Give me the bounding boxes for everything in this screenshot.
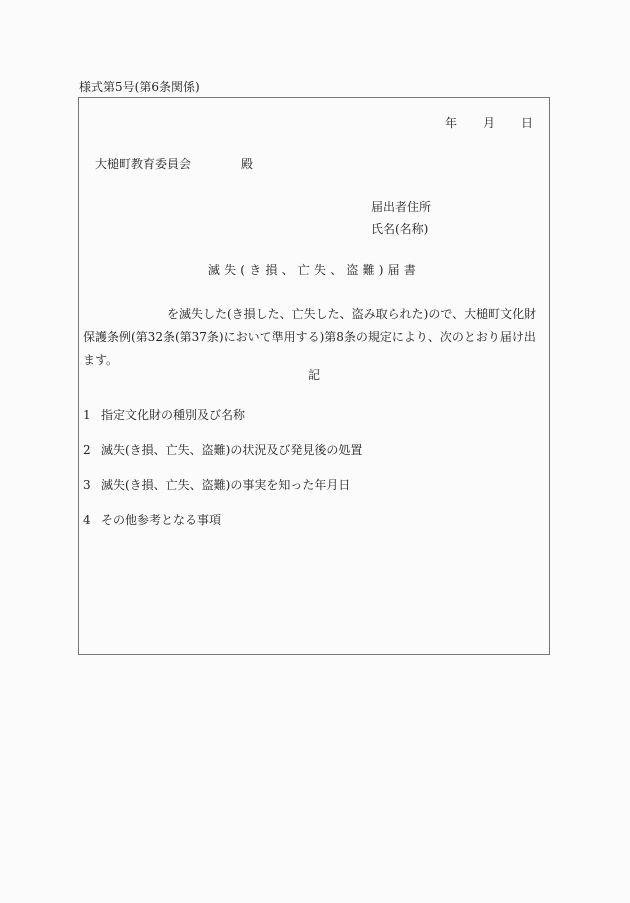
list-item: 1 指定文化財の種別及び名称 bbox=[83, 408, 362, 443]
form-frame: 年 月 日 大槌町教育委員会 殿 届出者住所 氏名(名称) 滅失(き損、亡失、盗… bbox=[78, 97, 550, 655]
date-row: 年 月 日 bbox=[445, 116, 533, 130]
item-label: その他参考となる事項 bbox=[101, 513, 221, 548]
item-label: 滅失(き損、亡失、盗難)の事実を知った年月日 bbox=[101, 478, 350, 513]
form-number-label: 様式第5号(第6条関係) bbox=[79, 80, 200, 94]
item-number: 2 bbox=[83, 443, 101, 478]
list-item: 3 滅失(き損、亡失、盗難)の事実を知った年月日 bbox=[83, 478, 362, 513]
document-title: 滅失(き損、亡失、盗難)届書 bbox=[79, 263, 549, 277]
ki-heading: 記 bbox=[79, 368, 549, 382]
list-item: 2 滅失(き損、亡失、盗難)の状況及び発見後の処置 bbox=[83, 443, 362, 478]
applicant-address-label: 届出者住所 bbox=[371, 200, 431, 214]
body-text: を滅失した(き損した、亡失した、盗み取られた)ので、大槌町文化財保護条例(第32… bbox=[83, 307, 536, 367]
day-label: 日 bbox=[521, 116, 533, 130]
year-label: 年 bbox=[445, 116, 457, 130]
item-list: 1 指定文化財の種別及び名称 2 滅失(き損、亡失、盗難)の状況及び発見後の処置… bbox=[83, 408, 362, 548]
applicant-name-label: 氏名(名称) bbox=[371, 222, 428, 236]
recipient-name: 大槌町教育委員会 bbox=[95, 157, 191, 171]
item-number: 4 bbox=[83, 513, 101, 548]
item-number: 1 bbox=[83, 408, 101, 443]
item-label: 滅失(き損、亡失、盗難)の状況及び発見後の処置 bbox=[101, 443, 362, 478]
item-number: 3 bbox=[83, 478, 101, 513]
month-label: 月 bbox=[483, 116, 495, 130]
body-paragraph: を滅失した(き損した、亡失した、盗み取られた)ので、大槌町文化財保護条例(第32… bbox=[83, 303, 545, 372]
list-item: 4 その他参考となる事項 bbox=[83, 513, 362, 548]
recipient-honorific: 殿 bbox=[241, 157, 253, 171]
recipient: 大槌町教育委員会 殿 bbox=[95, 157, 253, 171]
item-label: 指定文化財の種別及び名称 bbox=[101, 408, 245, 443]
